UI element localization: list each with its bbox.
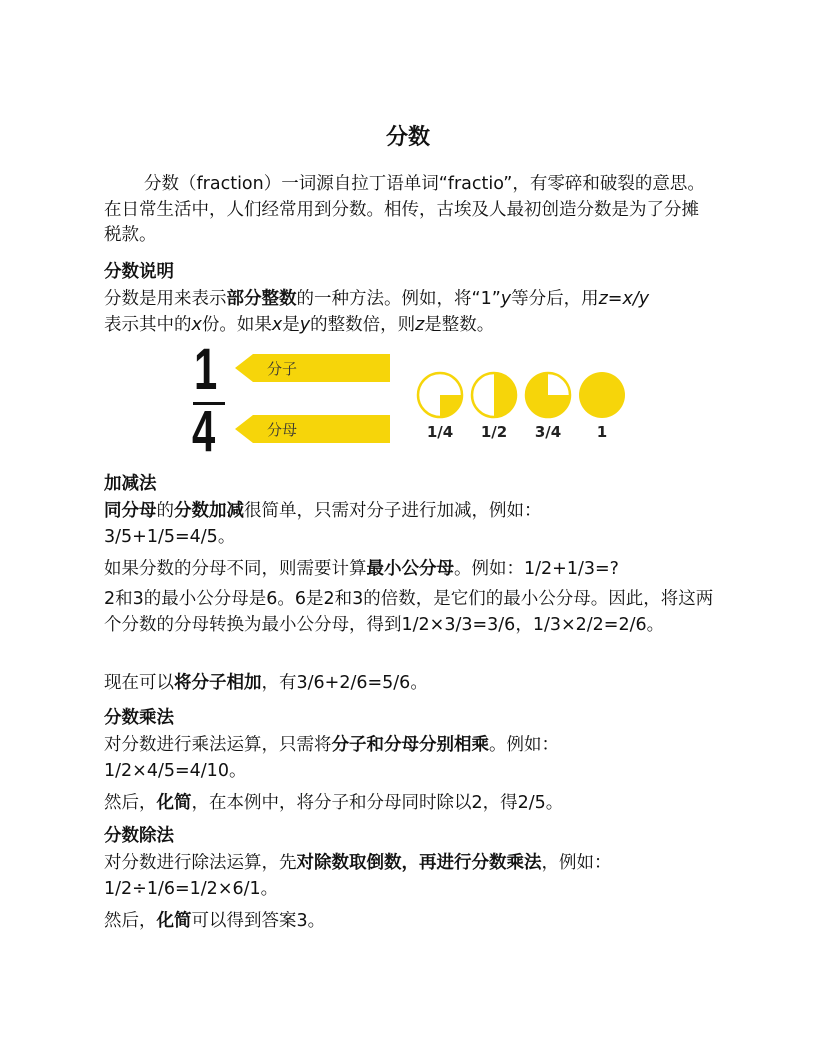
numerator-label: 分子 xyxy=(267,358,297,379)
text: 是 xyxy=(282,315,300,335)
bold-text: 化简 xyxy=(157,911,192,931)
bold-text: 同分母 xyxy=(104,501,157,521)
text: ，例如： xyxy=(542,853,612,873)
text: ，有3/6+2/6=5/6。 xyxy=(262,673,428,693)
denominator: 4 xyxy=(192,403,215,461)
math-expr: z=x/y xyxy=(599,289,649,309)
heading-div: 分数除法 xyxy=(104,822,174,847)
pie-label: 1/4 xyxy=(420,423,460,441)
bold-text: 将分子相加 xyxy=(174,673,262,693)
text: 等分后，用 xyxy=(511,289,599,309)
text: 。例如： xyxy=(489,735,559,755)
pie-half-icon xyxy=(472,373,516,417)
arrow-left-icon xyxy=(235,354,390,382)
mult-paragraph-2: 然后，化简，在本例中，将分子和分母同时除以2，得2/5。 xyxy=(104,791,716,817)
pie-quarter-icon xyxy=(418,373,462,417)
math-var: x xyxy=(192,315,202,335)
div-paragraph-1: 对分数进行除法运算，先对除数取倒数，再进行分数乘法，例如：1/2÷1/6=1/2… xyxy=(104,851,716,902)
addsub-paragraph-3: 2和3的最小公分母是6。6是2和3的倍数，是它们的最小公分母。因此，将这两个分数… xyxy=(104,587,716,638)
pie-charts xyxy=(415,370,635,420)
text: ，在本例中，将分子和分母同时除以2，得2/5。 xyxy=(192,793,564,813)
text: 的 xyxy=(157,501,175,521)
mult-paragraph-1: 对分数进行乘法运算，只需将分子和分母分别相乘。例如：1/2×4/5=4/10。 xyxy=(104,733,716,784)
text: 的一种方法。例如，将“1” xyxy=(297,289,501,309)
bold-text: 分子和分母分别相乘 xyxy=(332,735,490,755)
addsub-paragraph-4: 现在可以将分子相加，有3/6+2/6=5/6。 xyxy=(104,671,716,697)
pie-three-quarter-icon xyxy=(526,373,570,417)
math-var: x xyxy=(272,315,282,335)
text: 对分数进行除法运算，先 xyxy=(104,853,297,873)
bold-text: 部分整数 xyxy=(227,289,297,309)
text: 份。如果 xyxy=(202,315,272,335)
bold-text: 化简 xyxy=(157,793,192,813)
fraction-diagram: 1 4 分子 分母 xyxy=(190,345,640,460)
bold-text: 分数加减 xyxy=(174,501,244,521)
text: 的整数倍，则 xyxy=(310,315,415,335)
text: 很简单，只需对分子进行加减，例如： xyxy=(244,501,542,521)
heading-mult: 分数乘法 xyxy=(104,704,174,729)
addsub-paragraph-1: 同分母的分数加减很简单，只需对分子进行加减，例如：3/5+1/5=4/5。 xyxy=(104,499,716,550)
pie-full-icon xyxy=(579,372,625,418)
denominator-arrow: 分母 xyxy=(235,415,390,443)
text: 分数是用来表示 xyxy=(104,289,227,309)
page-title: 分数 xyxy=(0,120,816,151)
intro-paragraph: 分数（fraction）一词源自拉丁语单词“fractio”，有零碎和破裂的意思… xyxy=(104,172,716,249)
pie-label: 1 xyxy=(582,423,622,441)
pie-label: 3/4 xyxy=(528,423,568,441)
math-var: y xyxy=(300,315,310,335)
text: 表示其中的 xyxy=(104,315,192,335)
text: 3/5+1/5=4/5。 xyxy=(104,527,235,547)
numerator: 1 xyxy=(194,341,217,399)
explain-paragraph: 分数是用来表示部分整数的一种方法。例如，将“1”y等分后，用z=x/y表示其中的… xyxy=(104,287,716,338)
text: 。例如： xyxy=(454,559,524,579)
math-var: y xyxy=(501,289,511,309)
text: 是整数。 xyxy=(424,315,494,335)
div-paragraph-2: 然后，化简可以得到答案3。 xyxy=(104,909,716,935)
arrow-left-icon xyxy=(235,415,390,443)
text: 可以得到答案3。 xyxy=(192,911,326,931)
bold-text: 对除数取倒数，再进行分数乘法 xyxy=(297,853,542,873)
text: 1/2÷1/6=1/2×6/1。 xyxy=(104,879,278,899)
document-page: 分数 分数（fraction）一词源自拉丁语单词“fractio”，有零碎和破裂… xyxy=(0,0,816,1056)
pie-group: 1/4 1/2 3/4 1 xyxy=(415,370,635,424)
text: 如果分数的分母不同，则需要计算 xyxy=(104,559,367,579)
pie-label: 1/2 xyxy=(474,423,514,441)
math-var: z xyxy=(415,315,424,335)
text: 1/2×4/5=4/10。 xyxy=(104,761,246,781)
text: 然后， xyxy=(104,911,157,931)
bold-text: 最小公分母 xyxy=(367,559,455,579)
heading-explain: 分数说明 xyxy=(104,258,174,283)
text: 现在可以 xyxy=(104,673,174,693)
addsub-paragraph-2: 如果分数的分母不同，则需要计算最小公分母。例如：1/2+1/3=? xyxy=(104,557,716,583)
numerator-arrow: 分子 xyxy=(235,354,390,382)
text: 然后， xyxy=(104,793,157,813)
text: 对分数进行乘法运算，只需将 xyxy=(104,735,332,755)
heading-addsub: 加减法 xyxy=(104,470,157,495)
denominator-label: 分母 xyxy=(267,419,297,440)
text: 1/2+1/3=? xyxy=(524,559,619,579)
